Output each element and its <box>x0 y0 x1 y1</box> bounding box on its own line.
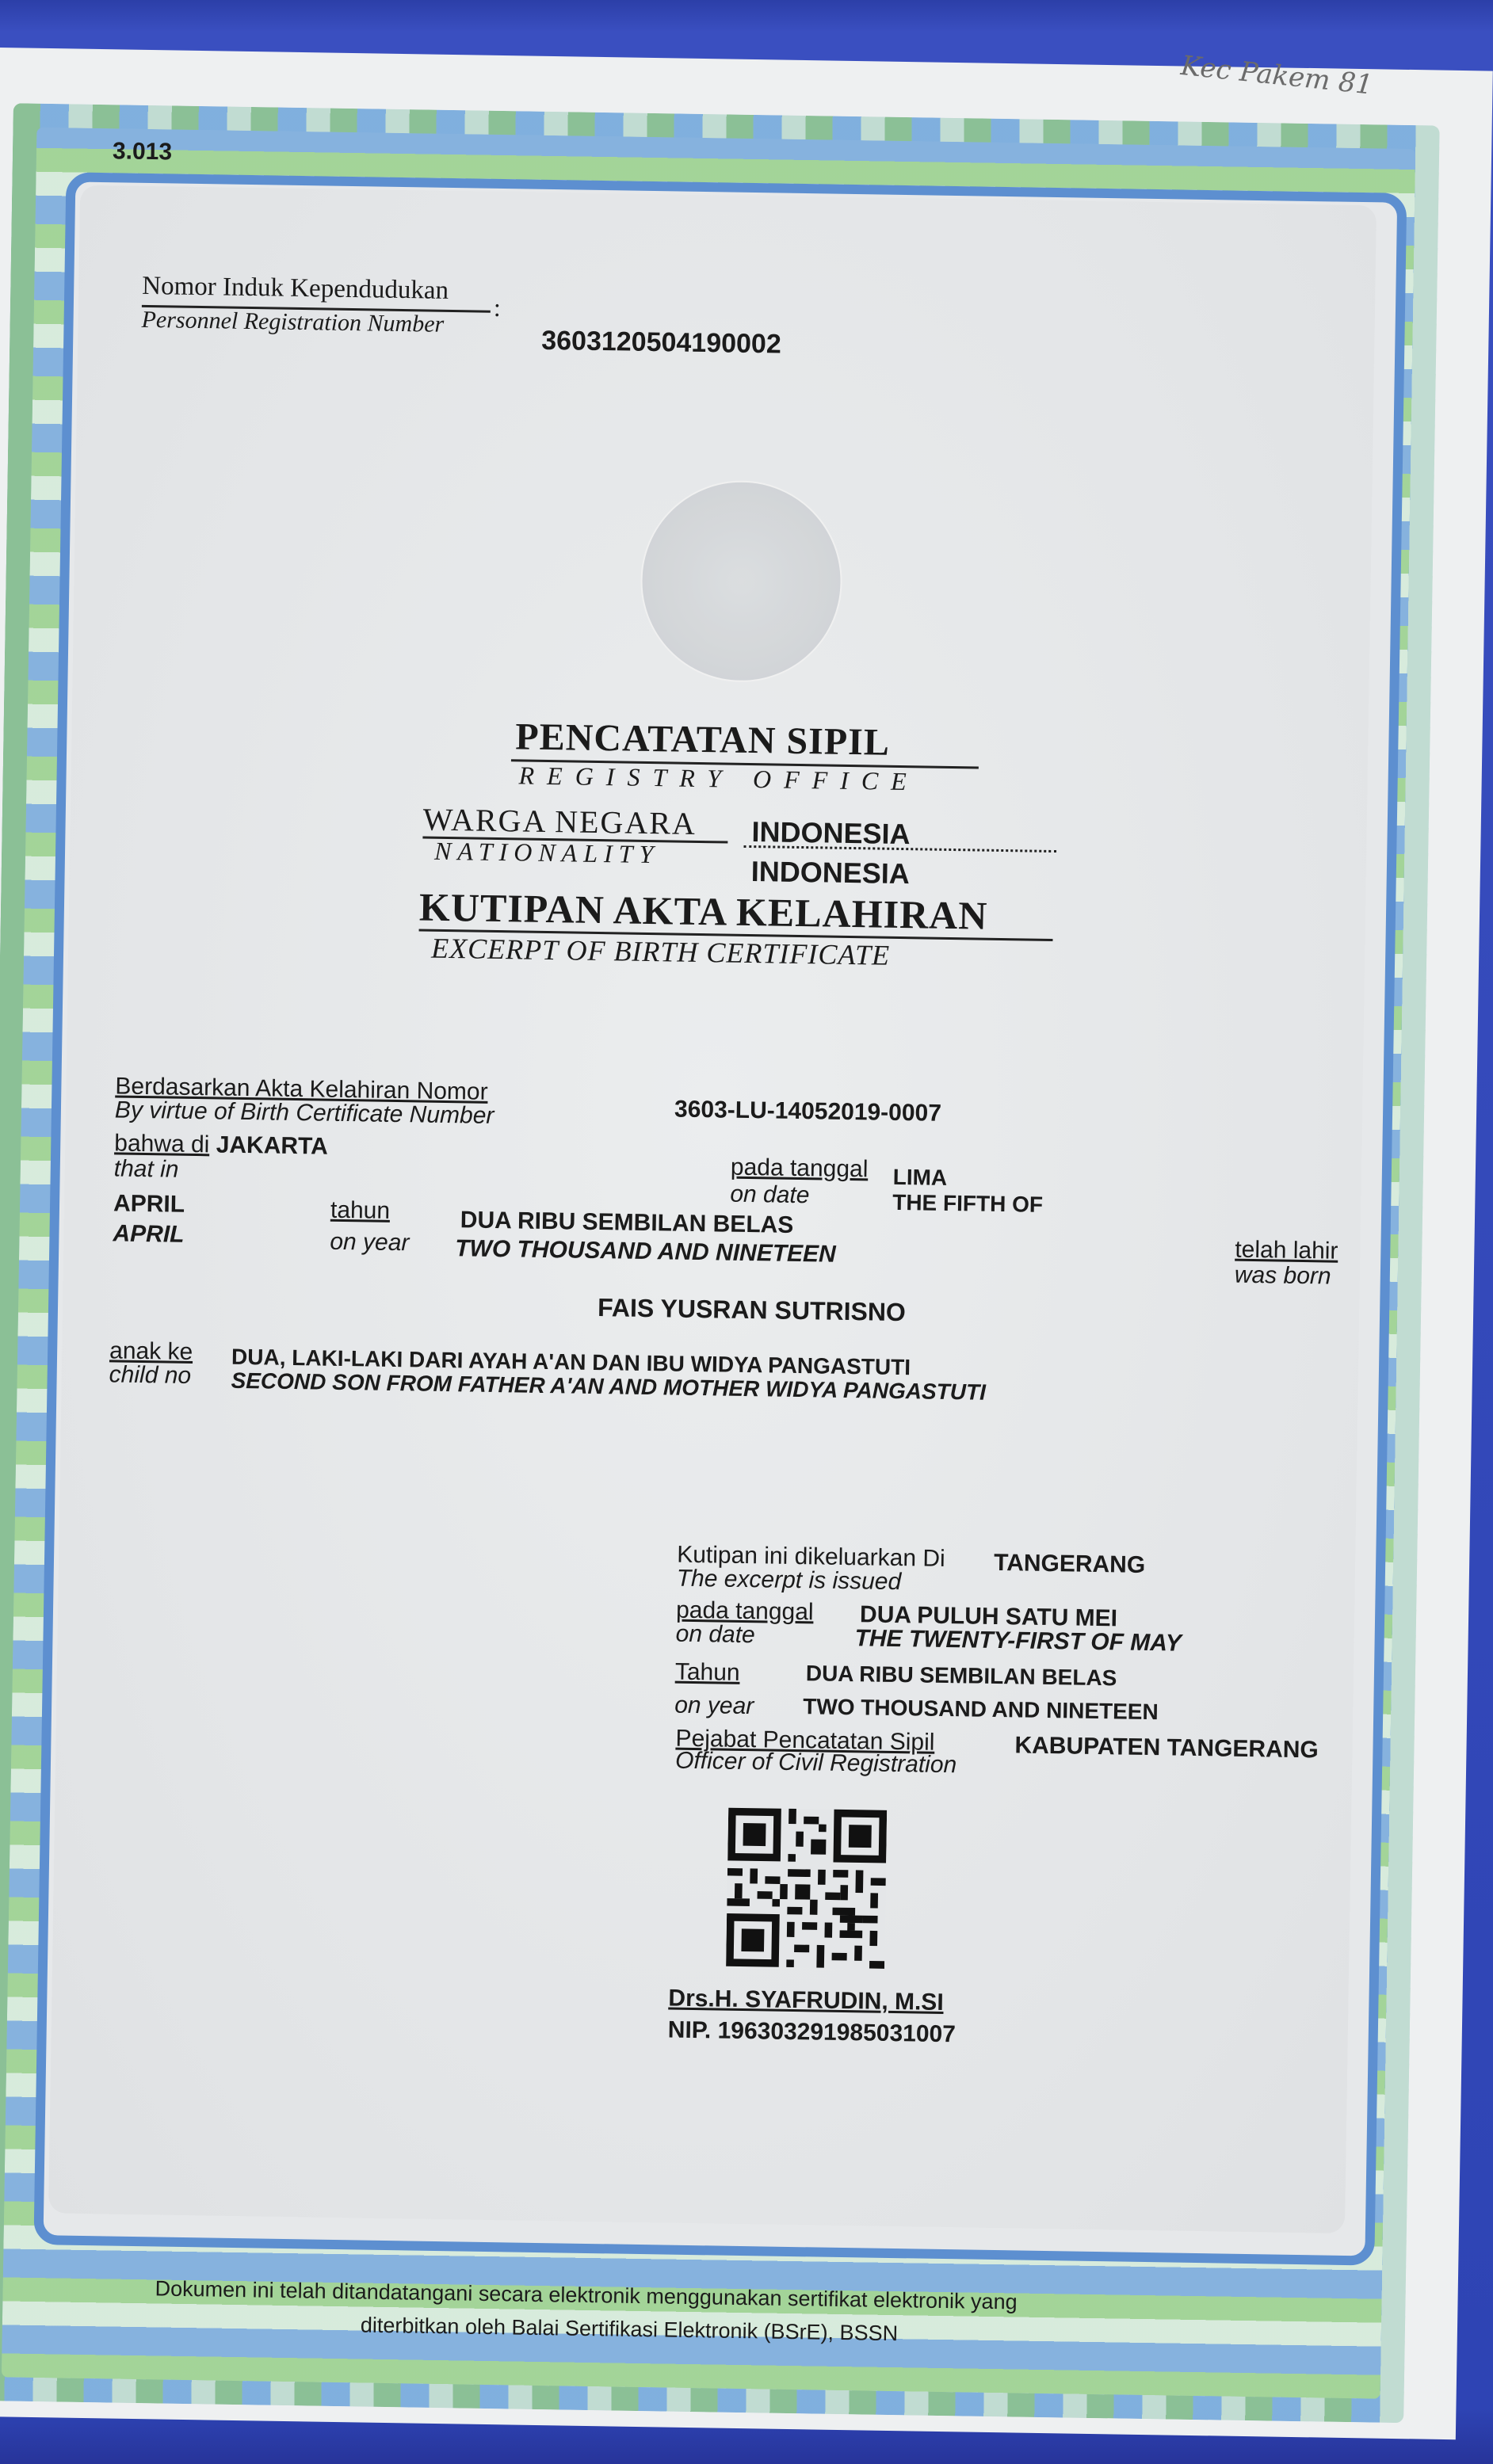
certificate-paper: Kec Pakem 81 3.013 Nomor Induk Kependudu… <box>0 48 1493 2439</box>
cert-number-label-en: By virtue of Birth Certificate Number <box>115 1097 494 1130</box>
birth-month-en: APRIL <box>113 1220 185 1248</box>
garuda-emblem-hologram-icon <box>640 479 844 684</box>
birth-year-label-id: tahun <box>330 1197 391 1225</box>
nik-value: 3603120504190002 <box>541 326 781 360</box>
born-label-id: telah lahir <box>1235 1237 1338 1265</box>
form-code: 3.013 <box>113 138 173 166</box>
document-title-en: EXCERPT OF BIRTH CERTIFICATE <box>431 932 891 972</box>
nik-label-id: Nomor Induk Kependudukan <box>142 272 449 306</box>
issue-year-label-en: on year <box>674 1692 754 1721</box>
issued-label-en: The excerpt is issued <box>676 1566 901 1596</box>
issue-date-label-en: on date <box>675 1621 755 1650</box>
born-label-en: was born <box>1235 1262 1331 1291</box>
office-title-id: PENCATATAN SIPIL <box>515 715 890 764</box>
child-full-name: FAIS YUSRAN SUTRISNO <box>598 1293 906 1327</box>
signatory-name: Drs.H. SYAFRUDIN, M.SI <box>668 1985 944 2016</box>
birth-date-label-id: pada tanggal <box>731 1154 869 1184</box>
issue-year-value-en: TWO THOUSAND AND NINETEEN <box>803 1694 1159 1725</box>
nationality-label-id: WARGA NEGARA <box>422 801 697 842</box>
place-label-en: that in <box>114 1155 179 1183</box>
qr-code-icon <box>726 1804 887 1973</box>
certificate-body: 3.013 Nomor Induk Kependudukan Personnel… <box>48 185 1377 2233</box>
birth-year-label-en: on year <box>330 1229 410 1257</box>
nationality-value-en: INDONESIA <box>750 855 910 891</box>
child-order-label-en: child no <box>109 1361 191 1390</box>
nik-label-en: Personnel Registration Number <box>141 307 444 338</box>
issue-year-label-id: Tahun <box>675 1659 740 1687</box>
office-title-en: REGISTRY OFFICE <box>518 761 919 796</box>
birth-date-label-en: on date <box>730 1181 810 1210</box>
issued-place-value: TANGERANG <box>994 1550 1146 1579</box>
issue-year-value-id: DUA RIBU SEMBILAN BELAS <box>806 1661 1117 1691</box>
handwritten-note: Kec Pakem 81 <box>1179 50 1374 101</box>
birth-place-value: JAKARTA <box>216 1131 328 1159</box>
nationality-label-en: NATIONALITY <box>434 837 660 869</box>
birth-date-value-id: LIMA <box>892 1165 947 1191</box>
nik-separator: : <box>494 293 501 322</box>
place-label-id: bahwa di <box>114 1130 210 1158</box>
birth-month-id: APRIL <box>113 1190 185 1218</box>
birth-year-value-en: TWO THOUSAND AND NINETEEN <box>455 1235 836 1268</box>
officer-region-value: KABUPATEN TANGERANG <box>1014 1732 1319 1764</box>
cert-number-value: 3603-LU-14052019-0007 <box>674 1097 941 1127</box>
birth-year-value-id: DUA RIBU SEMBILAN BELAS <box>460 1207 794 1239</box>
officer-label-en: Officer of Civil Registration <box>675 1748 957 1779</box>
signatory-nip: NIP. 196303291985031007 <box>668 2017 957 2049</box>
birth-date-value-en: THE FIFTH OF <box>892 1190 1043 1218</box>
issue-date-value-en: THE TWENTY-FIRST OF MAY <box>854 1625 1182 1657</box>
